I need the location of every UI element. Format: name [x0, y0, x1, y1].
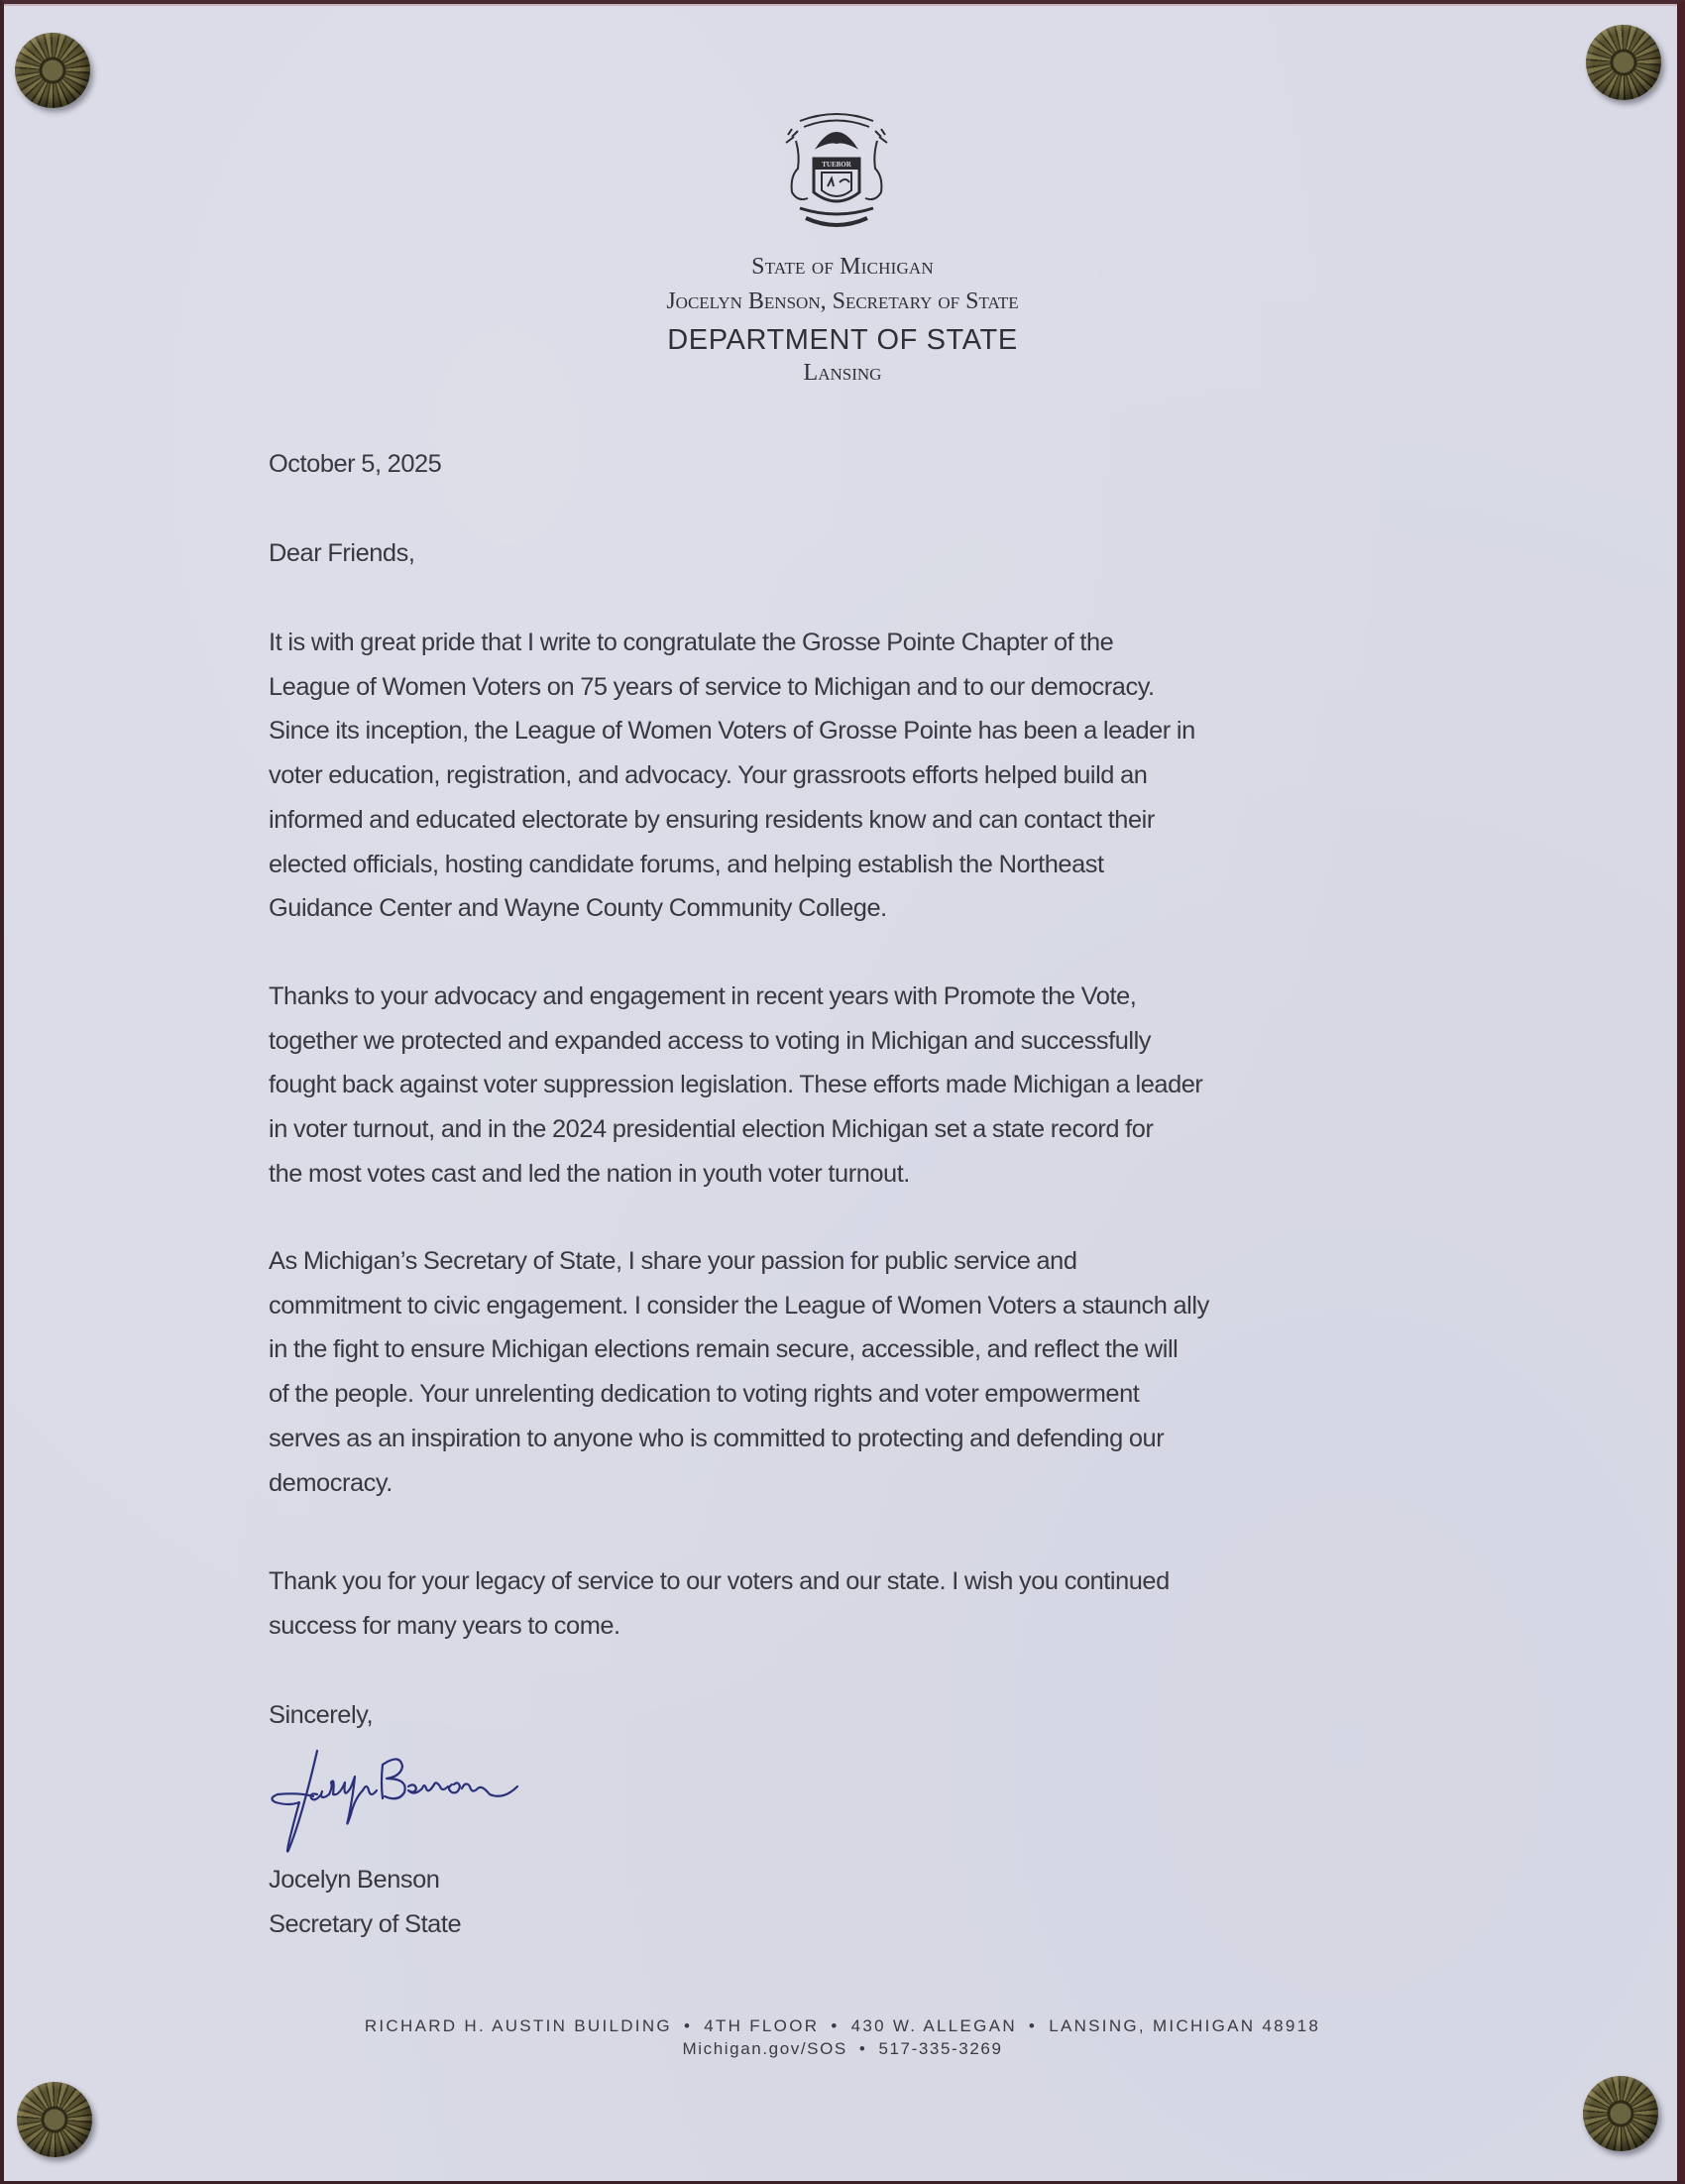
footer-address: RICHARD H. AUSTIN BUILDING•4TH FLOOR•430…	[0, 2016, 1685, 2036]
paragraph-line: fought back against voter suppression le…	[269, 1063, 1428, 1107]
brass-tack-icon	[1583, 2076, 1658, 2151]
signer-name: Jocelyn Benson	[269, 1858, 1428, 1902]
letterhead-department: DEPARTMENT OF STATE	[0, 324, 1685, 357]
footer-address-street: 430 W. ALLEGAN	[851, 2016, 1017, 2035]
bullet-separator-icon: •	[831, 2016, 839, 2035]
letter-closing: Sincerely,	[269, 1693, 1428, 1738]
letter-salutation: Dear Friends,	[269, 531, 1428, 576]
letterhead-official: Jocelyn Benson, Secretary of State	[0, 288, 1685, 315]
bullet-separator-icon: •	[684, 2016, 692, 2035]
paragraph-line: Thanks to your advocacy and engagement i…	[269, 975, 1428, 1019]
paragraph-line: democracy.	[269, 1461, 1428, 1506]
michigan-seal-icon: TUEBOR	[778, 107, 895, 234]
letterhead-city: Lansing	[0, 360, 1685, 387]
handwritten-signature-icon: Jocelyn Benson	[260, 1737, 547, 1866]
letter-date: October 5, 2025	[269, 442, 1428, 487]
footer-address-floor: 4TH FLOOR	[704, 2016, 819, 2035]
paragraph-line: Thank you for your legacy of service to …	[269, 1559, 1428, 1604]
footer-address-building: RICHARD H. AUSTIN BUILDING	[365, 2016, 672, 2035]
footer-phone: 517-335-3269	[878, 2039, 1002, 2058]
paragraph-line: together we protected and expanded acces…	[269, 1019, 1428, 1064]
svg-text:TUEBOR: TUEBOR	[822, 161, 852, 169]
paragraph-secretary: As Michigan’s Secretary of State, I shar…	[269, 1239, 1428, 1505]
paragraph-line: commitment to civic engagement. I consid…	[269, 1284, 1428, 1328]
paragraph-advocacy: Thanks to your advocacy and engagement i…	[269, 975, 1428, 1197]
bullet-separator-icon: •	[859, 2039, 867, 2058]
paragraph-line: Since its inception, the League of Women…	[269, 709, 1428, 753]
brass-tack-icon	[15, 33, 90, 108]
brass-tack-icon	[17, 2082, 92, 2157]
paragraph-line: success for many years to come.	[269, 1604, 1428, 1649]
paragraph-line: Guidance Center and Wayne County Communi…	[269, 886, 1428, 931]
paragraph-line: in the fight to ensure Michigan election…	[269, 1327, 1428, 1372]
signer-title: Secretary of State	[269, 1902, 1428, 1947]
paragraph-line: serves as an inspiration to anyone who i…	[269, 1417, 1428, 1461]
paragraph-congratulations: It is with great pride that I write to c…	[269, 621, 1428, 931]
letterhead-state: State of Michigan	[0, 254, 1685, 281]
footer-website: Michigan.gov/SOS	[682, 2039, 846, 2058]
bullet-separator-icon: •	[1029, 2016, 1037, 2035]
paragraph-line: the most votes cast and led the nation i…	[269, 1152, 1428, 1197]
paragraph-line: As Michigan’s Secretary of State, I shar…	[269, 1239, 1428, 1284]
paragraph-line: It is with great pride that I write to c…	[269, 621, 1428, 665]
paragraph-line: in voter turnout, and in the 2024 presid…	[269, 1107, 1428, 1152]
footer-contact: Michigan.gov/SOS•517-335-3269	[0, 2039, 1685, 2059]
paragraph-line: elected officials, hosting candidate for…	[269, 843, 1428, 887]
paragraph-line: of the people. Your unrelenting dedicati…	[269, 1372, 1428, 1417]
footer-address-city: LANSING, MICHIGAN 48918	[1049, 2016, 1320, 2035]
paragraph-line: League of Women Voters on 75 years of se…	[269, 665, 1428, 710]
brass-tack-icon	[1586, 25, 1661, 100]
paragraph-thanks: Thank you for your legacy of service to …	[269, 1559, 1428, 1648]
signer-block: Jocelyn Benson Secretary of State	[269, 1858, 1428, 1946]
paragraph-line: informed and educated electorate by ensu…	[269, 798, 1428, 843]
paragraph-line: voter education, registration, and advoc…	[269, 753, 1428, 798]
